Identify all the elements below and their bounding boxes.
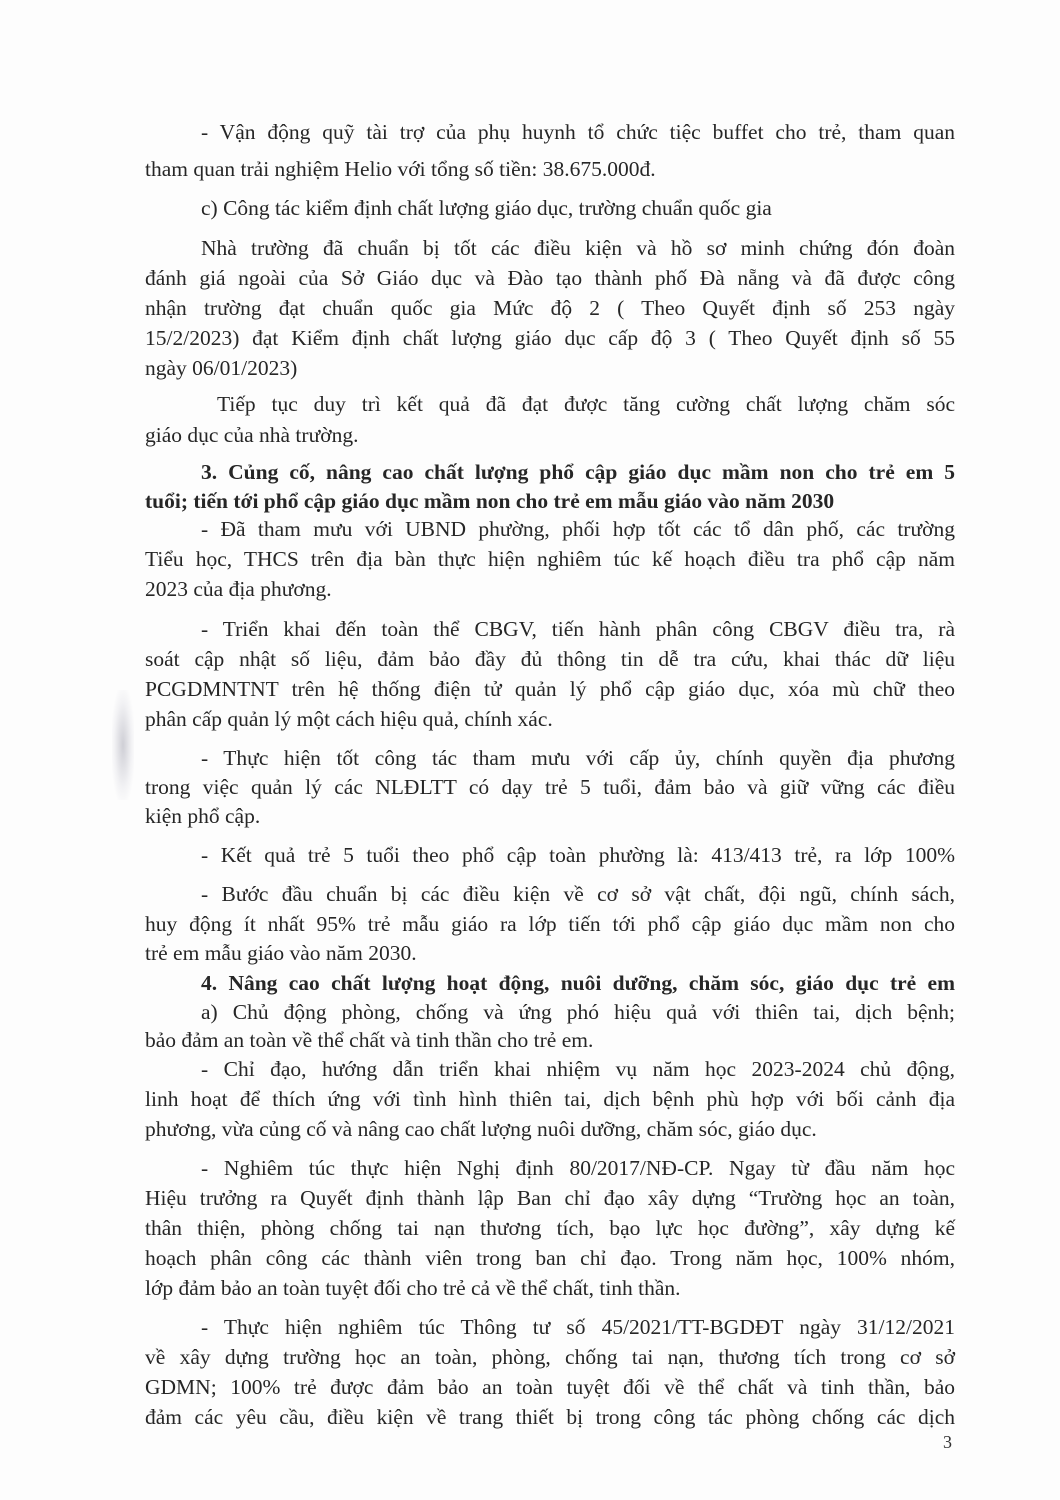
section-heading-line: 4. Nâng cao chất lượng hoạt động, nuôi d…: [145, 969, 955, 997]
paragraph-line: về xây dựng trường học an toàn, phòng, c…: [145, 1343, 955, 1371]
paragraph-line: - Thực hiện tốt công tác tham mưu với cấ…: [145, 744, 955, 772]
page-number: 3: [943, 1432, 952, 1453]
paragraph-line: - Chỉ đạo, hướng dẫn triển khai nhiệm vụ…: [145, 1055, 955, 1083]
paragraph-line: đảm các yêu cầu, điều kiện về trang thiế…: [145, 1403, 955, 1431]
paragraph-line: kiện phổ cập.: [145, 802, 955, 830]
paragraph-line: đánh giá ngoài của Sở Giáo dục và Đào tạ…: [145, 264, 955, 292]
paragraph-line: - Thực hiện nghiêm túc Thông tư số 45/20…: [145, 1313, 955, 1341]
paragraph-line: thân thiện, phòng chống tai nạn thương t…: [145, 1214, 955, 1242]
paragraph-line: huy động ít nhất 95% trẻ mẫu giáo ra lớp…: [145, 910, 955, 938]
scan-artifact: [112, 690, 134, 800]
paragraph-line: c) Công tác kiểm định chất lượng giáo dụ…: [145, 194, 955, 222]
paragraph-line: - Đã tham mưu với UBND phường, phối hợp …: [145, 515, 955, 543]
paragraph-line: GDMN; 100% trẻ được đảm bảo an toàn tuyệ…: [145, 1373, 955, 1401]
paragraph-line: 15/2/2023) đạt Kiểm định chất lượng giáo…: [145, 324, 955, 352]
paragraph-line: - Vận động quỹ tài trợ của phụ huynh tổ …: [145, 118, 955, 146]
paragraph-line: Tiếp tục duy trì kết quả đã đạt được tăn…: [145, 390, 955, 418]
paragraph-line: Hiệu trưởng ra Quyết định thành lập Ban …: [145, 1184, 955, 1212]
paragraph-line: hoạch phân công các thành viên trong ban…: [145, 1244, 955, 1272]
paragraph-line: PCGDMNTNT trên hệ thống điện tử quản lý …: [145, 675, 955, 703]
paragraph-line: linh hoạt để thích ứng với tình hình thi…: [145, 1085, 955, 1113]
paragraph-line: phân cấp quản lý một cách hiệu quả, chín…: [145, 705, 955, 733]
document-page: - Vận động quỹ tài trợ của phụ huynh tổ …: [0, 0, 1060, 1500]
section-heading-line: 3. Củng cố, nâng cao chất lượng phổ cập …: [145, 458, 955, 486]
paragraph-line: - Nghiêm túc thực hiện Nghị định 80/2017…: [145, 1154, 955, 1182]
paragraph-line: bảo đảm an toàn về thể chất và tinh thần…: [145, 1026, 955, 1054]
paragraph-line: trẻ em mẫu giáo vào năm 2030.: [145, 939, 955, 967]
paragraph-line: soát cập nhật số liệu, đảm bảo đầy đủ th…: [145, 645, 955, 673]
paragraph-line: ngày 06/01/2023): [145, 354, 955, 382]
section-heading-line: tuổi; tiến tới phổ cập giáo dục mầm non …: [145, 487, 955, 515]
paragraph-line: 2023 của địa phương.: [145, 575, 955, 603]
paragraph-line: - Kết quả trẻ 5 tuổi theo phổ cập toàn p…: [145, 841, 955, 869]
paragraph-line: phương, vừa củng cố và nâng cao chất lượ…: [145, 1115, 955, 1143]
paragraph-line: - Bước đầu chuẩn bị các điều kiện về cơ …: [145, 880, 955, 908]
paragraph-line: lớp đảm bảo an toàn tuyệt đối cho trẻ cả…: [145, 1274, 955, 1302]
paragraph-line: a) Chủ động phòng, chống và ứng phó hiệu…: [145, 998, 955, 1026]
paragraph-line: nhận trường đạt chuẩn quốc gia Mức độ 2 …: [145, 294, 955, 322]
paragraph-line: giáo dục của nhà trường.: [145, 421, 955, 449]
paragraph-line: - Triển khai đến toàn thể CBGV, tiến hàn…: [145, 615, 955, 643]
paragraph-line: Tiểu học, THCS trên địa bàn thực hiện ng…: [145, 545, 955, 573]
paragraph-line: trong việc quản lý các NLĐLTT có dạy trẻ…: [145, 773, 955, 801]
paragraph-line: tham quan trải nghiệm Helio với tổng số …: [145, 155, 955, 183]
paragraph-line: Nhà trường đã chuẩn bị tốt các điều kiện…: [145, 234, 955, 262]
